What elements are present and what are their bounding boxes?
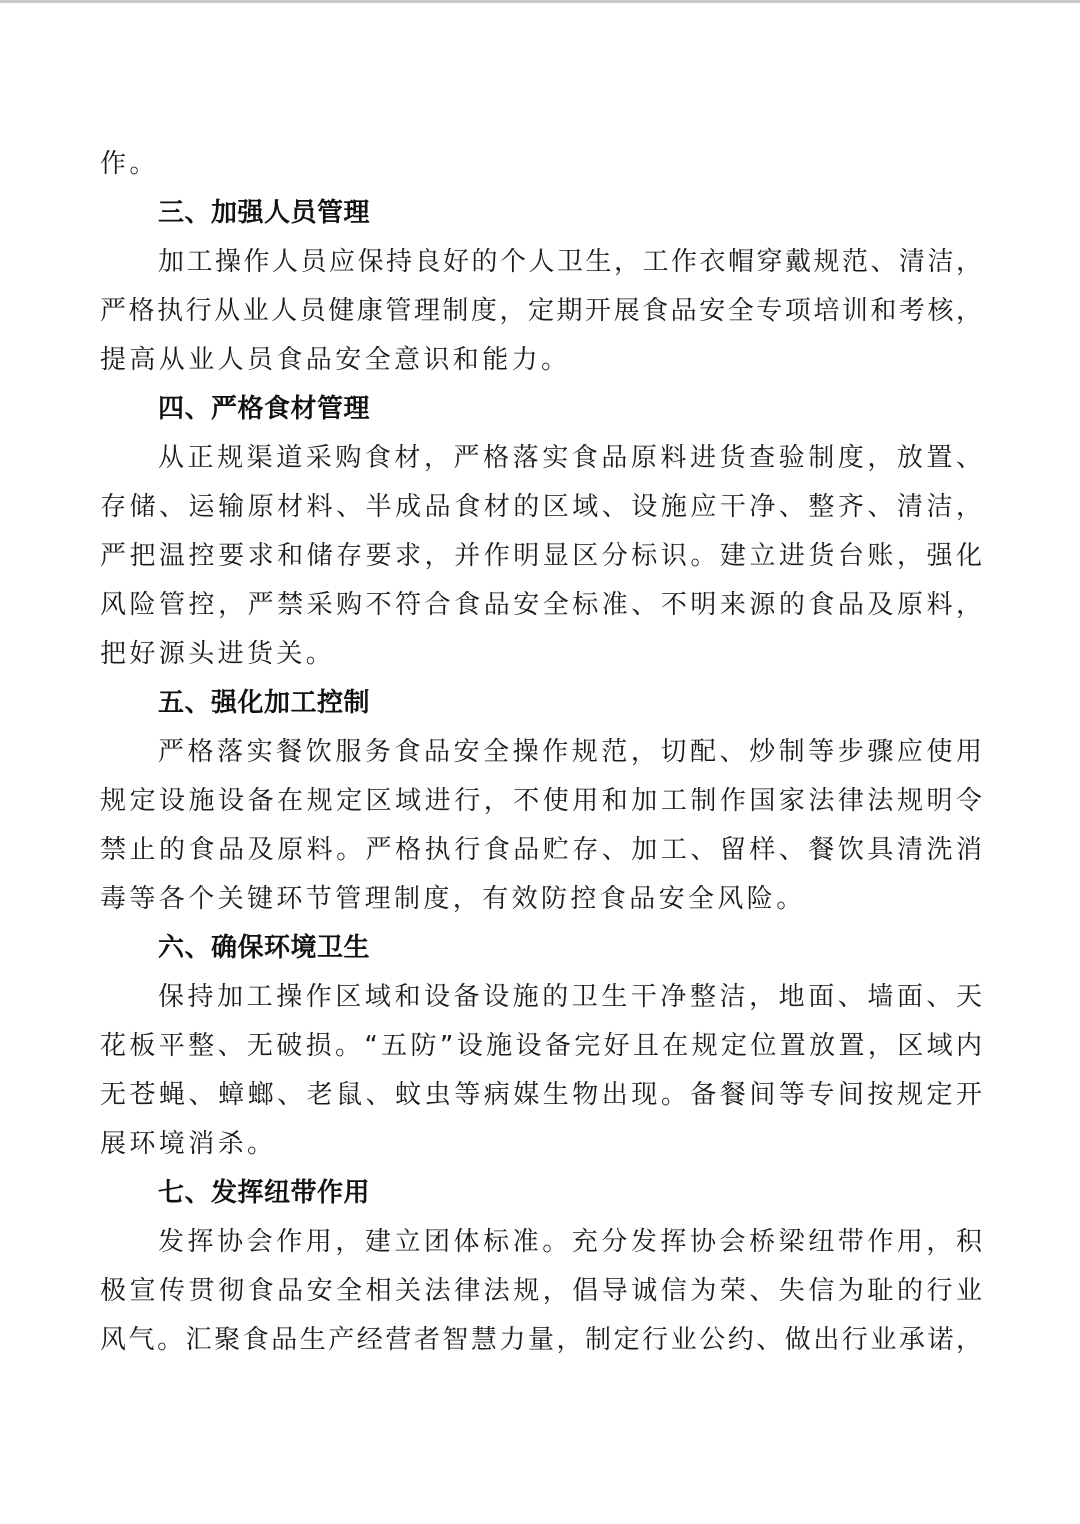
section-heading: 七、发挥纽带作用 xyxy=(100,1169,982,1218)
section-environment-hygiene: 六、确保环境卫生 保持加工操作区域和设备设施的卫生干净整洁，地面、墙面、天 花板… xyxy=(100,924,982,1169)
paragraph-line: 严格落实餐饮服务食品安全操作规范，切配、炒制等步骤应使用 xyxy=(100,728,982,777)
top-edge-bar xyxy=(0,0,1080,3)
section-heading: 六、确保环境卫生 xyxy=(100,924,982,973)
paragraph-line: 加工操作人员应保持良好的个人卫生，工作衣帽穿戴规范、清洁， xyxy=(100,238,982,287)
paragraph-line: 规定设施设备在规定区域进行，不使用和加工制作国家法律法规明令 xyxy=(100,777,982,826)
paragraph-line: 把好源头进货关。 xyxy=(100,630,982,679)
paragraph-line: 严把温控要求和储存要求，并作明显区分标识。建立进货台账，强化 xyxy=(100,532,982,581)
paragraph-line: 保持加工操作区域和设备设施的卫生干净整洁，地面、墙面、天 xyxy=(100,973,982,1022)
section-liaison-role: 七、发挥纽带作用 发挥协会作用，建立团体标准。充分发挥协会桥梁纽带作用，积 极宣… xyxy=(100,1169,982,1365)
section-processing-control: 五、强化加工控制 严格落实餐饮服务食品安全操作规范，切配、炒制等步骤应使用 规定… xyxy=(100,679,982,924)
paragraph-continuation: 作。 xyxy=(100,140,982,189)
document-page: 作。 三、加强人员管理 加工操作人员应保持良好的个人卫生，工作衣帽穿戴规范、清洁… xyxy=(100,140,982,1365)
section-heading: 五、强化加工控制 xyxy=(100,679,982,728)
paragraph-line: 提高从业人员食品安全意识和能力。 xyxy=(100,336,982,385)
paragraph-line: 无苍蝇、蟑螂、老鼠、蚊虫等病媒生物出现。备餐间等专间按规定开 xyxy=(100,1071,982,1120)
paragraph-line: 严格执行从业人员健康管理制度，定期开展食品安全专项培训和考核， xyxy=(100,287,982,336)
paragraph-line: 从正规渠道采购食材，严格落实食品原料进货查验制度，放置、 xyxy=(100,434,982,483)
section-ingredient-management: 四、严格食材管理 从正规渠道采购食材，严格落实食品原料进货查验制度，放置、 存储… xyxy=(100,385,982,679)
paragraph-line: 禁止的食品及原料。严格执行食品贮存、加工、留样、餐饮具清洗消 xyxy=(100,826,982,875)
paragraph-line: 花板平整、无破损。“五防”设施设备完好且在规定位置放置，区域内 xyxy=(100,1022,982,1071)
paragraph-line: 展环境消杀。 xyxy=(100,1120,982,1169)
paragraph-line: 毒等各个关键环节管理制度，有效防控食品安全风险。 xyxy=(100,875,982,924)
paragraph-line: 风气。汇聚食品生产经营者智慧力量，制定行业公约、做出行业承诺， xyxy=(100,1316,982,1365)
paragraph-line: 极宣传贯彻食品安全相关法律法规，倡导诚信为荣、失信为耻的行业 xyxy=(100,1267,982,1316)
paragraph-line: 发挥协会作用，建立团体标准。充分发挥协会桥梁纽带作用，积 xyxy=(100,1218,982,1267)
paragraph-line: 风险管控，严禁采购不符合食品安全标准、不明来源的食品及原料， xyxy=(100,581,982,630)
section-personnel-management: 三、加强人员管理 加工操作人员应保持良好的个人卫生，工作衣帽穿戴规范、清洁， 严… xyxy=(100,189,982,385)
section-heading: 三、加强人员管理 xyxy=(100,189,982,238)
section-heading: 四、严格食材管理 xyxy=(100,385,982,434)
paragraph-line: 存储、运输原材料、半成品食材的区域、设施应干净、整齐、清洁， xyxy=(100,483,982,532)
